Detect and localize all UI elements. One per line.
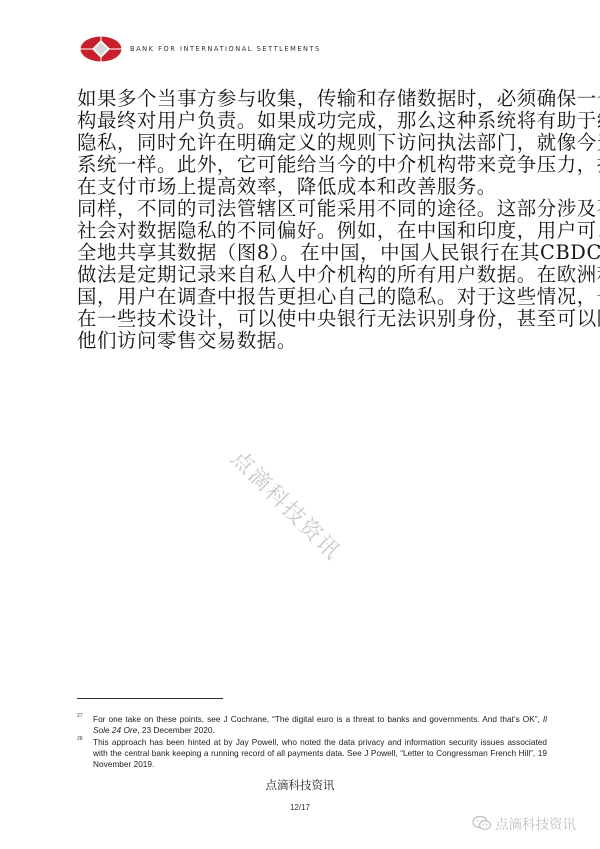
- text-line: 隐私，同时允许在明确定义的规则下访问执法部门，就像今天的: [77, 132, 545, 154]
- page-number: 12/17: [0, 803, 600, 812]
- footnotes: 27 For one take on these points, see J C…: [77, 714, 547, 771]
- text-line: 在一些技术设计，可以使中央银行无法识别身份，甚至可以阻止: [77, 308, 545, 330]
- text-line: 他们访问零售交易数据。: [77, 330, 545, 352]
- document-header: BANK FOR INTERNATIONAL SETTLEMENTS: [80, 36, 321, 62]
- footnote-separator: [77, 698, 223, 699]
- bis-logo-icon: [80, 36, 122, 62]
- text-line: 在支付市场上提高效率，降低成本和改善服务。: [77, 176, 545, 198]
- organization-name: BANK FOR INTERNATIONAL SETTLEMENTS: [130, 45, 321, 53]
- wechat-icon: [472, 815, 492, 831]
- text-line: 构最终对用户负责。如果成功完成，那么这种系统将有助于维护: [77, 110, 545, 132]
- footnote-text: For one take on these points, see J Coch…: [93, 714, 543, 724]
- footnote-text: This approach has been hinted at by Jay …: [93, 737, 547, 769]
- footer-brand: 点滴科技资讯: [0, 777, 600, 793]
- text-line: 国，用户在调查中报告更担心自己的隐私。对于这些情况，也存: [77, 286, 545, 308]
- footnote-27: 27 For one take on these points, see J C…: [77, 714, 547, 736]
- footnote-date: , 23 December 2020.: [137, 725, 214, 735]
- footnote-28: 28 This approach has been hinted at by J…: [77, 737, 547, 770]
- diagonal-watermark: 点滴科技资讯: [225, 443, 349, 567]
- text-line: 社会对数据隐私的不同偏好。例如，在中国和印度，用户可以安: [77, 220, 545, 242]
- wechat-watermark: 点滴科技资讯: [472, 813, 576, 833]
- footnote-number: 28: [77, 734, 83, 745]
- text-line: 同样，不同的司法管辖区可能采用不同的途径。这部分涉及不同: [77, 198, 545, 220]
- text-line: 全地共享其数据（图8）。在中国，中国人民银行在其CBDC中的: [77, 242, 545, 264]
- footnote-number: 27: [77, 711, 83, 722]
- body-text: 如果多个当事方参与收集，传输和存储数据时，必须确保一个机 构最终对用户负责。如果…: [77, 88, 545, 352]
- paragraph-1: 如果多个当事方参与收集，传输和存储数据时，必须确保一个机 构最终对用户负责。如果…: [77, 88, 545, 198]
- text-line: 系统一样。此外，它可能给当今的中介机构带来竞争压力，推动: [77, 154, 545, 176]
- paragraph-2: 同样，不同的司法管辖区可能采用不同的途径。这部分涉及不同 社会对数据隐私的不同偏…: [77, 198, 545, 352]
- wechat-account-name: 点滴科技资讯: [495, 813, 576, 833]
- text-line: 如果多个当事方参与收集，传输和存储数据时，必须确保一个机: [77, 88, 545, 110]
- text-line: 做法是定期记录来自私人中介机构的所有用户数据。在欧洲和美: [77, 264, 545, 286]
